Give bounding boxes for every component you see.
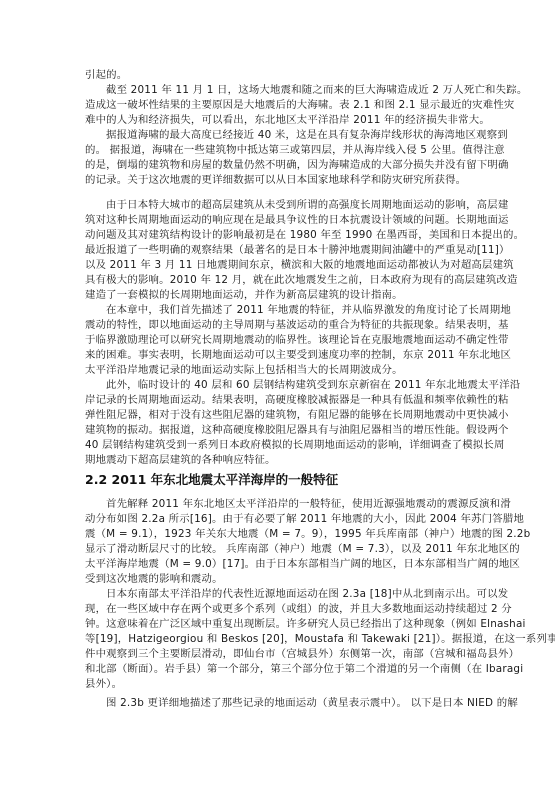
text-line: 据报道海啸的最大高度已经接近 40 米，这是在具有复杂海岸线形状的海湾地区观察到	[106, 128, 473, 143]
text-line: 太平洋沿岸地震记录的地面运动实际上包括相当大的长周期波成分。	[85, 363, 473, 378]
text-line: 由于日本特大城市的超高层建筑从未受到所谓的高强度长周期地面运动的影响，高层建	[106, 198, 473, 213]
text-line: 于临界激励理论可以研究长周期地震动的临界性。该理论旨在克服地震地面运动不确定性带	[85, 333, 473, 348]
text-line: 建筑物的振动。据报道，这种高硬度橡胶阻尼器具有与油阻尼器相当的增压性能。假设两个	[85, 423, 473, 438]
text-line: 和北部（断面）。岩手县）第一个部分，第三个部分位于第二个滑道的另一个南侧（在 I…	[85, 662, 473, 677]
section-heading: 2.2 2011 年东北地震太平洋海岸的一般特征	[85, 472, 338, 488]
text-line: 截至 2011 年 11 月 1 日，这场大地震和随之而来的巨大海啸造成近 2 …	[106, 83, 473, 98]
text-line: 现，在一些区域中存在两个或更多个系列（或组）的波，并且大多数地面运动持续超过 2…	[85, 602, 473, 617]
text-line: 震（M = 9.1），1923 年关东大地震（M = 7。9），1995 年兵库…	[85, 527, 473, 542]
text-line: 图 2.3b 更详细地描述了那些记录的地面运动（黄星表示震中）。 以下是日本 N…	[106, 696, 473, 711]
text-line: 难中的人为和经济损失，可以看出，东北地区太平洋沿岸 2011 年的经济损失非常大…	[85, 113, 473, 128]
text-line: 建造了一套模拟的长周期地面运动，并作为新高层建筑的设计指南。	[85, 288, 473, 303]
text-line: 最近报道了一些明确的观察结果（最著名的是日本十勝沖地震期间油罐中的严重晃动[11…	[85, 243, 473, 258]
text-line: 动分布如图 2.2a 所示[16]。由于有必要了解 2011 年地震的大小，因此…	[85, 512, 473, 527]
text-line: 的。 据报道，海啸在一些建筑物中抵达第三或第四层，并从海岸线入侵 5 公里。值得…	[85, 143, 473, 158]
text-line: 筑对这种长周期地面运动的响应现在是最具争议性的日本抗震设计领域的问题。长期地面运	[85, 213, 473, 228]
text-line: 件中观察到三个主要断层滑动，即仙台市（宫城县外）东侧第一次，南部（宫城和福岛县外…	[85, 647, 473, 662]
text-line: 的记录。关于这次地震的更详细数据可以从日本国家地球科学和防灾研究所获得。	[85, 173, 473, 188]
document-page: 引起的。 截至 2011 年 11 月 1 日，这场大地震和随之而来的巨大海啸造…	[0, 0, 555, 785]
text-line: 40 层钢结构建筑受到一系列日本政府模拟的长周期地面运动的影响，详细调查了模拟长…	[85, 438, 473, 453]
text-line: 等[19]，Hatzigeorgiou 和 Beskos [20]，Mousta…	[85, 632, 473, 647]
text-line: 期地震动下超高层建筑的各种响应特征。	[85, 453, 473, 468]
text-line: 具有极大的影响。2010 年 12 月，就在此次地震发生之前，日本政府为现有的高…	[85, 273, 473, 288]
text-line: 的是，倒塌的建筑物和房屋的数量仍然不明确，因为海啸造成的大部分损失并没有留下明确	[85, 158, 473, 173]
text-line: 受到这次地震的影响和震动。	[85, 572, 473, 587]
text-line: 太平洋海岸地震（M = 9.0）[17]。由于日本东部相当广阔的地区，日本东部相…	[85, 557, 473, 572]
text-line: 引起的。	[85, 68, 473, 83]
text-line: 弹性阻尼器，相对于没有这些阻尼器的建筑物，有阻尼器的能够在长周期地震动中更快减小	[85, 408, 473, 423]
text-line: 显示了滑动断层尺寸的比较。 兵库南部（神户）地震（M = 7.3），以及 201…	[85, 542, 473, 557]
text-line: 在本章中，我们首先描述了 2011 年地震的特征，并从临界激发的角度讨论了长周期…	[106, 303, 473, 318]
text-line: 日本东南部太平洋沿岸的代表性近源地面运动在图 2.3a [18]中从北到南示出。…	[106, 587, 473, 602]
text-line: 岸记录的长周期地面运动。结果表明，高硬度橡胶减振器是一种具有低温和频率依赖性的粘	[85, 393, 473, 408]
text-line: 来的困难。事实表明，长期地面运动可以主要受到速度功率的控制，东京 2011 年东…	[85, 348, 473, 363]
text-line: 造成这一破坏性结果的主要原因是大地震后的大海啸。表 2.1 和图 2.1 显示最…	[85, 98, 473, 113]
text-line: 县外）。	[85, 677, 473, 692]
text-line: 动问题及其对建筑结构设计的影响最初是在 1980 年至 1990 在墨西哥，美国…	[85, 228, 473, 243]
text-line: 震动的特性，即以地面运动的主导周期与基波运动的重合为特征的共振现象。结果表明，基	[85, 318, 473, 333]
text-line: 首先解释 2011 年东北地区太平洋沿岸的一般特征，使用近源强地震动的震源反演和…	[106, 497, 473, 512]
text-line: 钟。这意味着在广泛区域中重复出现断层。许多研究人员已经指出了这种现象（例如 El…	[85, 617, 473, 632]
text-line: 以及 2011 年 3 月 11 日地震期间东京，横滨和大阪的地震地面运动都被认…	[85, 258, 473, 273]
text-line: 此外，临时设计的 40 层和 60 层钢结构建筑受到东京新宿在 2011 年东北…	[106, 378, 473, 393]
